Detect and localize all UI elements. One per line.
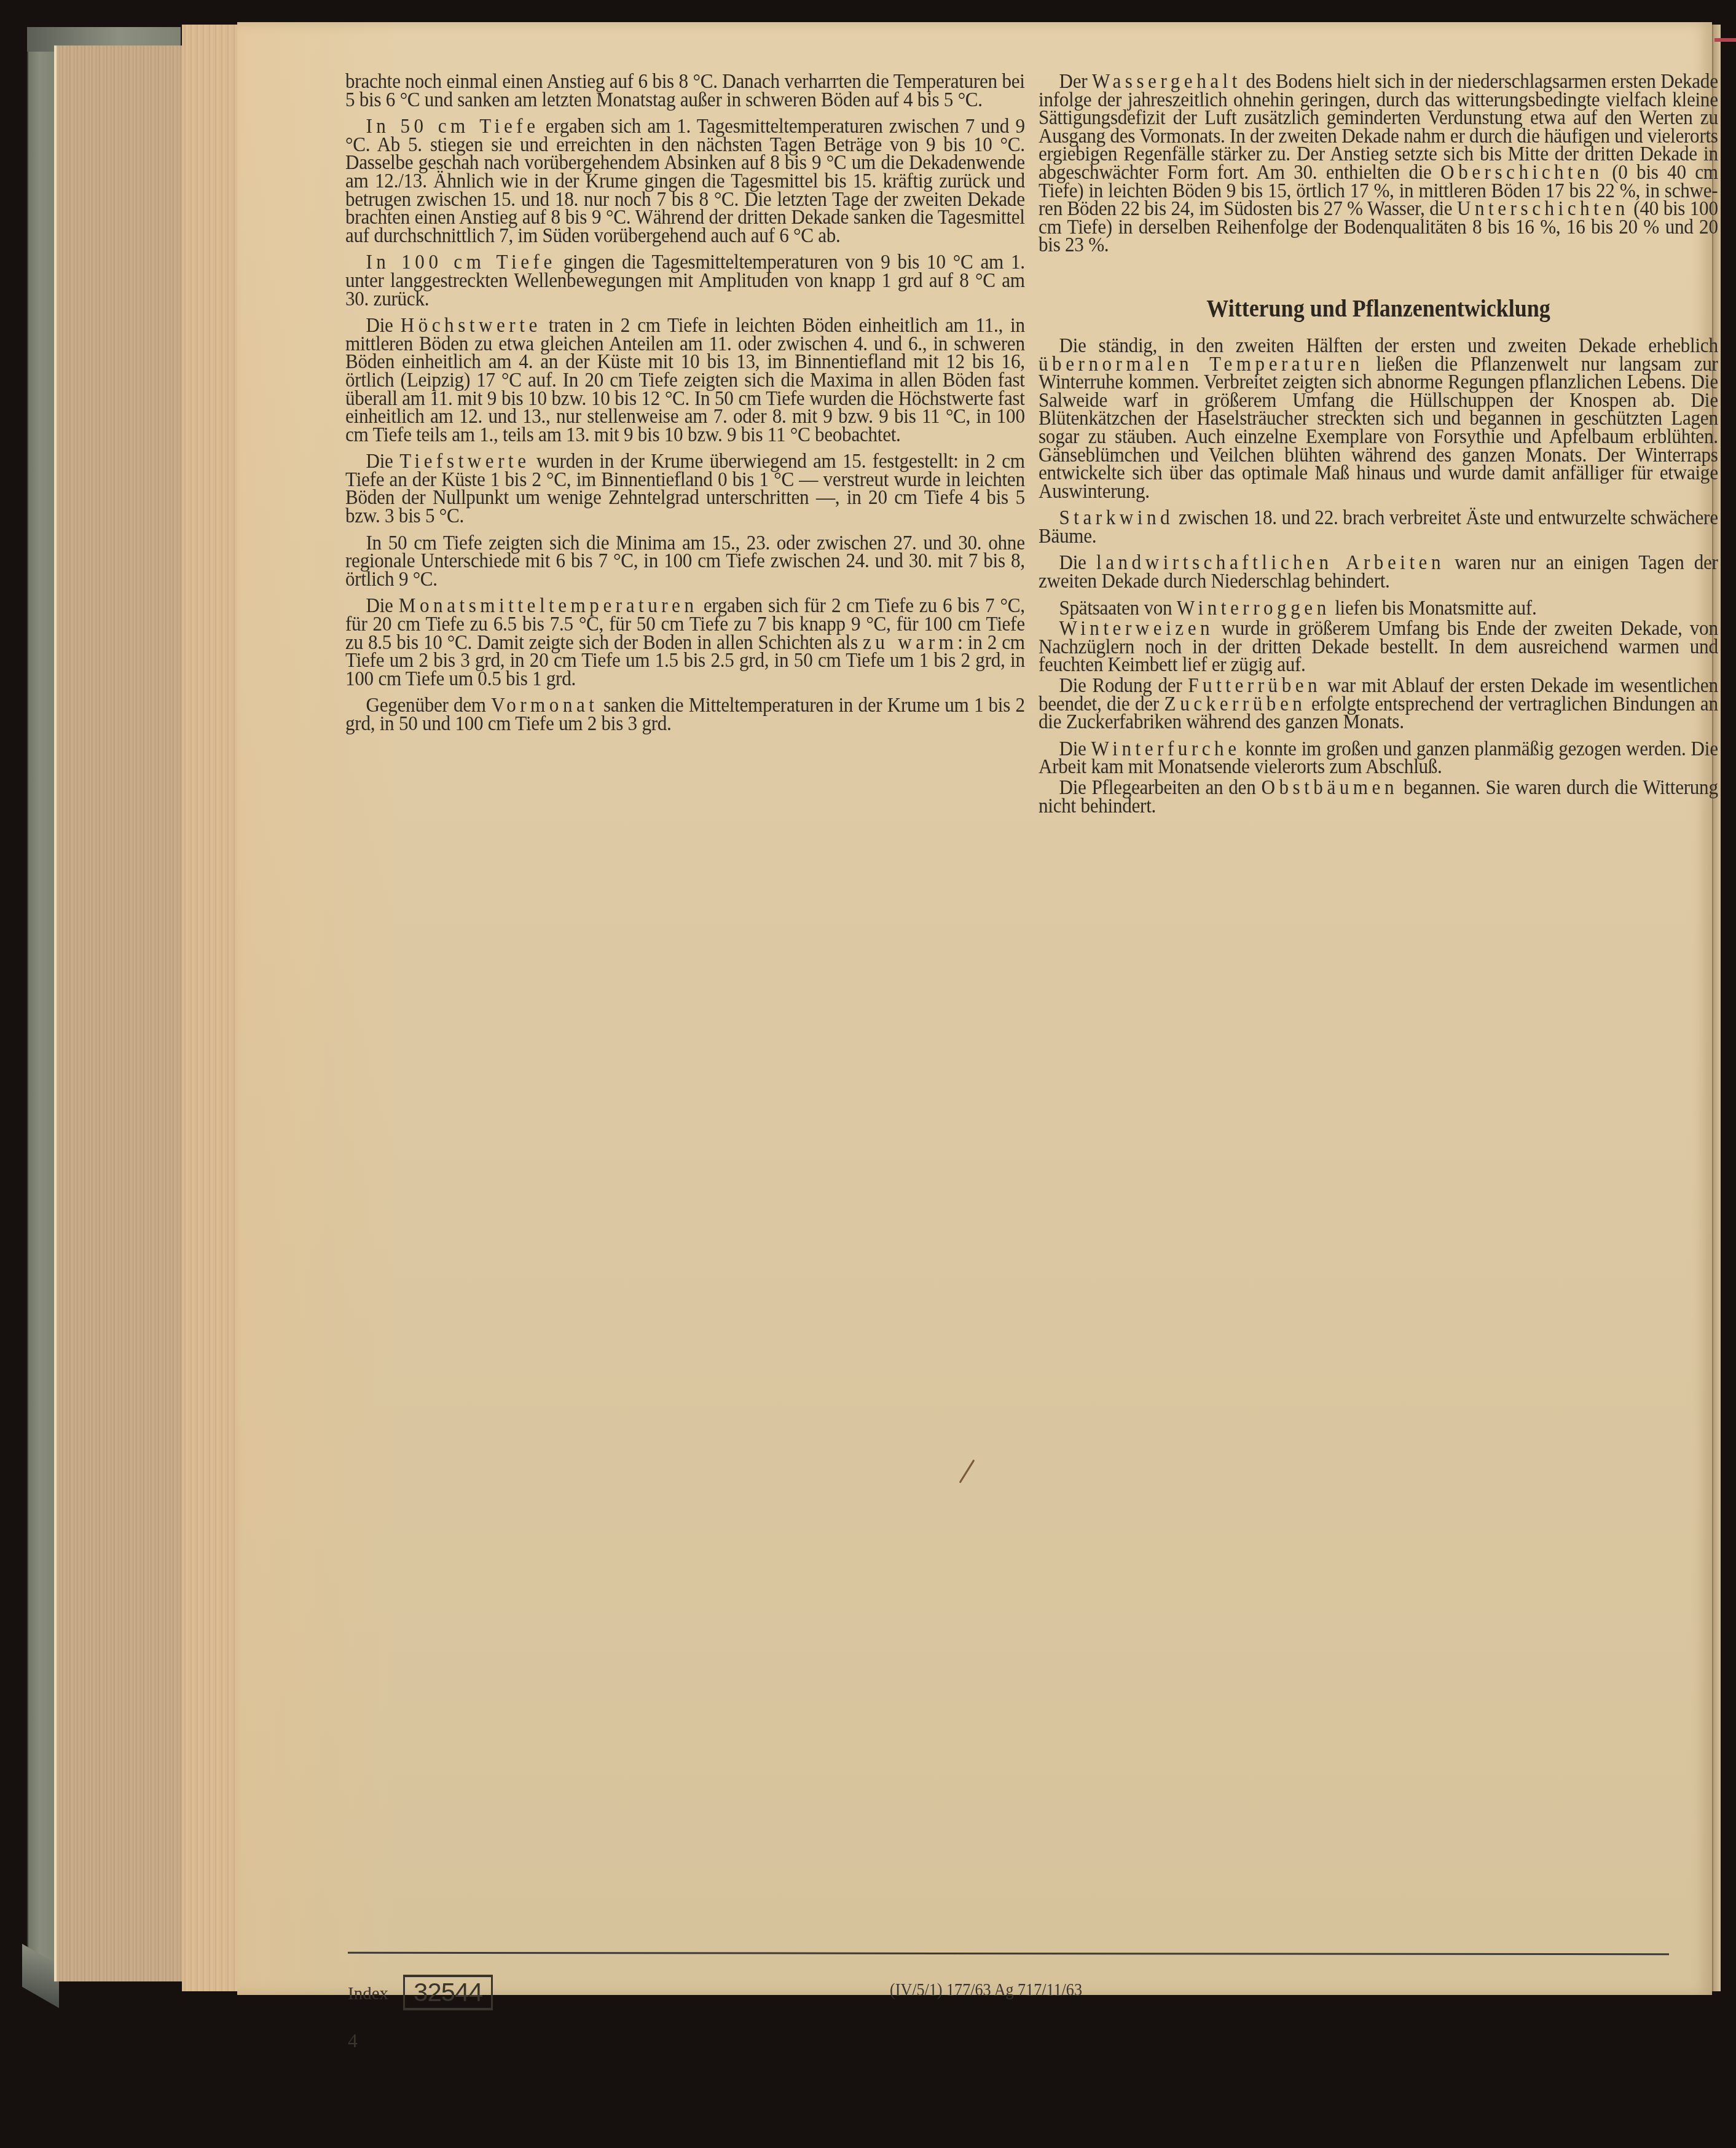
index-number-box: 32544: [403, 1975, 493, 2010]
weather-plants-section: Die ständig, in den zweiten Hälften der …: [1039, 337, 1718, 815]
bookmark-ribbon: [1714, 38, 1736, 42]
section-heading: Witterung und Pflanzenentwicklung: [1072, 295, 1684, 322]
paragraph: Spätsaaten von Winterroggen liefen bis M…: [1039, 599, 1718, 618]
paragraph-text: ließen die Pflanzenwelt nur langsam zur …: [1039, 353, 1718, 503]
paragraph: Der Wassergehalt des Bodens hielt sich i…: [1039, 73, 1718, 254]
emphasized-term: Winterroggen: [1177, 597, 1330, 620]
paragraph-text: Spätsaaten von: [1059, 597, 1176, 620]
paragraph-text: liefen bis Monatsmitte auf.: [1330, 597, 1537, 620]
right-text-column: Der Wassergehalt des Bodens hielt sich i…: [1039, 73, 1718, 824]
paragraph: Die Tiefstwerte wurden in der Krume über…: [345, 452, 1025, 525]
paragraph-text: traten in 2 cm Tiefe in leichten Böden e…: [345, 314, 1025, 446]
paragraph: Die Höchstwerte traten in 2 cm Tiefe in …: [345, 317, 1025, 444]
book-cover-edge: [27, 27, 57, 1978]
paragraph: Starkwind zwischen 18. und 22. brach ver…: [1039, 509, 1718, 545]
emphasized-term: Obstbäumen: [1261, 776, 1398, 799]
index-label: Index: [348, 1984, 388, 2004]
paragraph: Die Pflegearbeiten an den Obstbäumen beg…: [1039, 779, 1718, 815]
paragraph: Die Rodung der Futterrüben war mit Ablau…: [1039, 677, 1718, 731]
paragraph: Gegenüber dem Vormonat sanken die Mittel…: [345, 696, 1025, 733]
water-content-section: Der Wassergehalt des Bodens hielt sich i…: [1039, 73, 1718, 254]
page-number: 4: [348, 2029, 358, 2052]
paragraph-text: ergaben sich am 1. Tagesmitteltemperatur…: [345, 115, 1025, 247]
paragraph: Die landwirtschaftlichen Arbeiten waren …: [1039, 554, 1718, 590]
paragraph-text: brachte noch einmal einen Anstieg auf 6 …: [345, 70, 1025, 111]
paragraph: In 50 cm Tiefe zeigten sich die Minima a…: [345, 534, 1025, 589]
paragraph: Die Monatsmitteltemperaturen ergaben sic…: [345, 597, 1025, 688]
paragraph: Die ständig, in den zweiten Hälften der …: [1039, 337, 1718, 500]
paragraph: Winterweizen wurde in größerem Umfang bi…: [1039, 620, 1718, 674]
paragraph: Die Winterfurche konnte im großen und ga…: [1039, 740, 1718, 776]
paragraph: brachte noch einmal einen Anstieg auf 6 …: [345, 73, 1025, 109]
paragraph: In 50 cm Tiefe ergaben sich am 1. Tagesm…: [345, 117, 1025, 245]
paragraph-text: In 50 cm Tiefe zeigten sich die Minima a…: [345, 532, 1025, 591]
paragraph: In 100 cm Tiefe gingen die Tagesmittelte…: [345, 253, 1025, 308]
page-stack-edges: [182, 25, 237, 1991]
publication-reference: (IV/5/1) 177/63 Ag 717/11/63: [890, 1980, 1082, 2000]
left-text-column: brachte noch einmal einen Anstieg auf 6 …: [345, 73, 1025, 742]
